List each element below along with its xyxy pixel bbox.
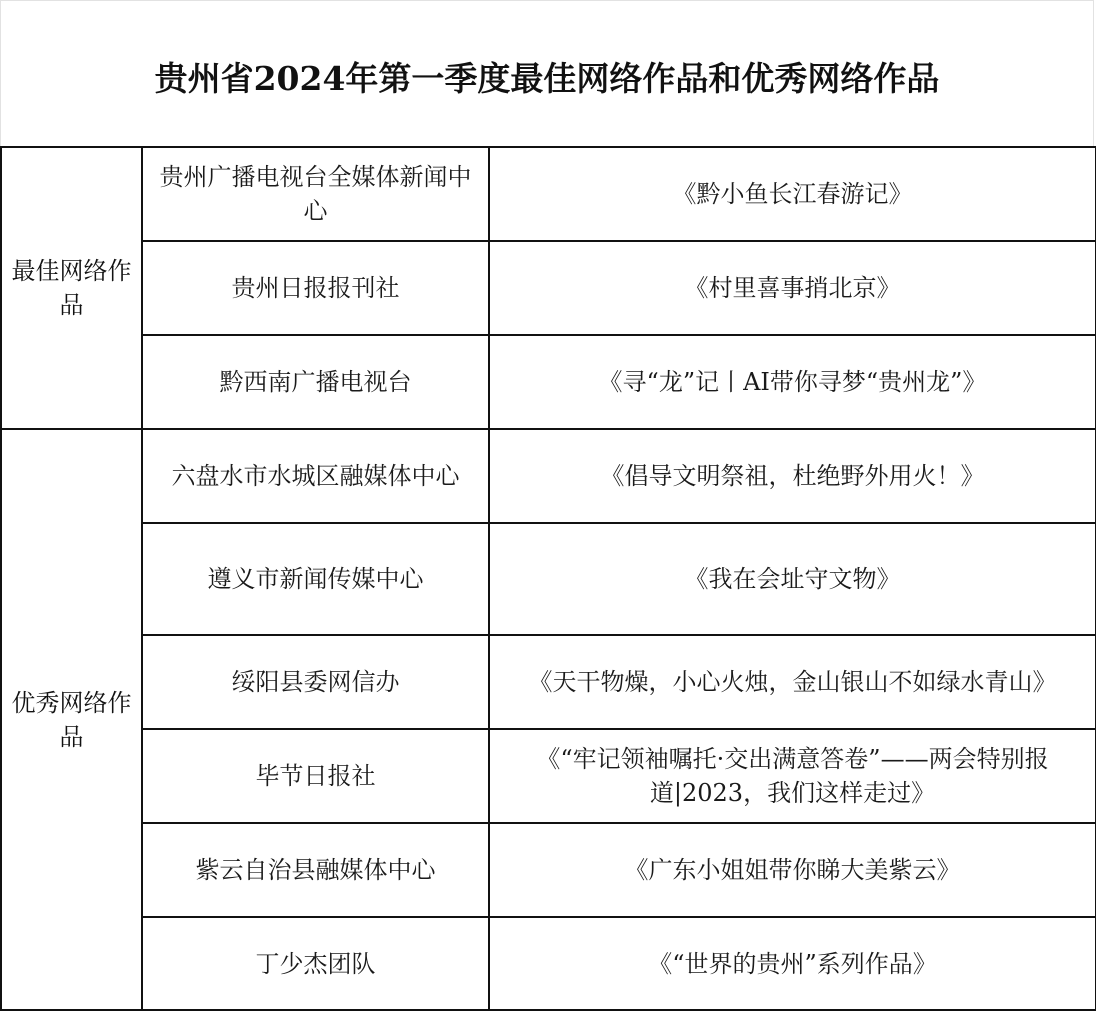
work-title-cell: 《“世界的贵州”系列作品》 bbox=[489, 917, 1096, 1010]
title-area: 贵州省2024年第一季度最佳网络作品和优秀网络作品 bbox=[0, 0, 1094, 146]
category-cell-best: 最佳网络作品 bbox=[1, 147, 142, 429]
work-title-cell: 《倡导文明祭祖，杜绝野外用火！》 bbox=[489, 429, 1096, 523]
table-row: 黔西南广播电视台 《寻“龙”记丨AI带你寻梦“贵州龙”》 bbox=[1, 335, 1096, 429]
organization-cell: 绥阳县委网信办 bbox=[142, 635, 489, 729]
table-row: 贵州日报报刊社 《村里喜事捎北京》 bbox=[1, 241, 1096, 335]
work-title-cell: 《黔小鱼长江春游记》 bbox=[489, 147, 1096, 241]
organization-cell: 遵义市新闻传媒中心 bbox=[142, 523, 489, 635]
table-row: 最佳网络作品 贵州广播电视台全媒体新闻中心 《黔小鱼长江春游记》 bbox=[1, 147, 1096, 241]
organization-cell: 紫云自治县融媒体中心 bbox=[142, 823, 489, 917]
work-title-cell: 《广东小姐姐带你睇大美紫云》 bbox=[489, 823, 1096, 917]
organization-cell: 丁少杰团队 bbox=[142, 917, 489, 1010]
page-title: 贵州省2024年第一季度最佳网络作品和优秀网络作品 bbox=[155, 53, 940, 100]
work-title-cell: 《我在会址守文物》 bbox=[489, 523, 1096, 635]
work-title-cell: 《寻“龙”记丨AI带你寻梦“贵州龙”》 bbox=[489, 335, 1096, 429]
work-title-cell: 《“牢记领袖嘱托·交出满意答卷”——两会特别报道|2023，我们这样走过》 bbox=[489, 729, 1096, 823]
table-row: 丁少杰团队 《“世界的贵州”系列作品》 bbox=[1, 917, 1096, 1010]
table-row: 绥阳县委网信办 《天干物燥，小心火烛，金山银山不如绿水青山》 bbox=[1, 635, 1096, 729]
organization-cell: 六盘水市水城区融媒体中心 bbox=[142, 429, 489, 523]
table-row: 毕节日报社 《“牢记领袖嘱托·交出满意答卷”——两会特别报道|2023，我们这样… bbox=[1, 729, 1096, 823]
organization-cell: 贵州广播电视台全媒体新闻中心 bbox=[142, 147, 489, 241]
organization-cell: 黔西南广播电视台 bbox=[142, 335, 489, 429]
table-row: 遵义市新闻传媒中心 《我在会址守文物》 bbox=[1, 523, 1096, 635]
table-row: 紫云自治县融媒体中心 《广东小姐姐带你睇大美紫云》 bbox=[1, 823, 1096, 917]
table-row: 优秀网络作品 六盘水市水城区融媒体中心 《倡导文明祭祖，杜绝野外用火！》 bbox=[1, 429, 1096, 523]
organization-cell: 贵州日报报刊社 bbox=[142, 241, 489, 335]
category-cell-excellent: 优秀网络作品 bbox=[1, 429, 142, 1010]
awards-table: 最佳网络作品 贵州广播电视台全媒体新闻中心 《黔小鱼长江春游记》 贵州日报报刊社… bbox=[0, 146, 1096, 1011]
work-title-cell: 《村里喜事捎北京》 bbox=[489, 241, 1096, 335]
work-title-cell: 《天干物燥，小心火烛，金山银山不如绿水青山》 bbox=[489, 635, 1096, 729]
organization-cell: 毕节日报社 bbox=[142, 729, 489, 823]
